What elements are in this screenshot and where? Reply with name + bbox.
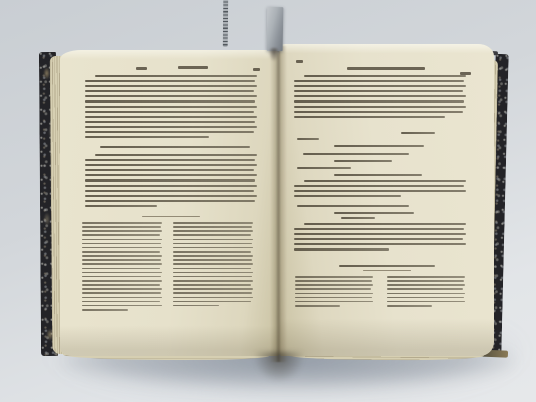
text-layer <box>279 44 494 356</box>
footnote-separator-rule <box>363 270 411 271</box>
text-line <box>297 205 409 207</box>
text-line <box>334 145 424 147</box>
paragraph-block <box>85 154 257 210</box>
header-smudge <box>296 60 303 63</box>
text-line <box>100 146 250 148</box>
text-line <box>339 265 435 267</box>
right-page <box>279 44 494 356</box>
paragraph-block <box>294 223 466 254</box>
text-line <box>334 174 422 176</box>
gutter-bottom-shadow <box>254 352 304 382</box>
text-line <box>341 217 375 219</box>
text-line <box>334 212 414 214</box>
paragraph-block <box>294 75 466 121</box>
book-photo-scene <box>0 0 536 402</box>
paragraph-block <box>85 75 257 141</box>
header-smudge <box>253 68 260 71</box>
left-page <box>60 50 280 356</box>
text-line <box>401 132 435 134</box>
text-line <box>297 167 351 169</box>
header-smudge <box>136 67 147 70</box>
header-smudge <box>178 66 208 69</box>
clip <box>267 7 284 51</box>
header-smudge <box>347 67 425 70</box>
footnote-separator-rule <box>142 216 200 217</box>
paragraph-block <box>294 180 466 200</box>
strap <box>223 0 229 47</box>
text-line <box>297 138 319 140</box>
gutter-shadow <box>270 46 287 362</box>
text-line <box>334 160 392 162</box>
text-line <box>303 153 409 155</box>
text-layer <box>60 50 280 356</box>
